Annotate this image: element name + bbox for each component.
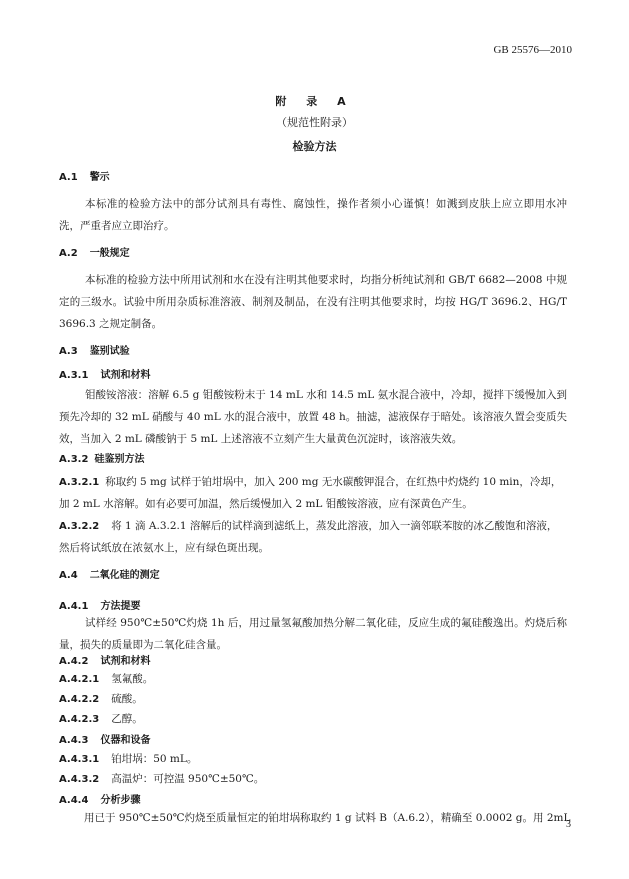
section-heading-a2: A.2一般规定 [59,244,130,259]
clause-text: 高温炉：可控温 950℃±50℃。 [111,773,264,785]
clause-text: 乙醇。 [111,713,143,725]
clause-a432: A.4.3.2高温炉：可控温 950℃±50℃。 [59,771,264,786]
clause-number: A.3.2.2 [59,521,99,532]
paragraph-a2: 本标准的检验方法中所用试剂和水在没有注明其他要求时，均指分析纯试剂和 GB/T … [59,269,567,335]
section-heading-a41: A.4.1方法提要 [59,597,140,612]
paragraph-a41: 试样经 950℃±50℃灼烧 1h 后，用过量氢氟酸加热分解二氧化硅，反应生成的… [59,612,567,656]
clause-a322-line2: 然后将试纸放在浓氨水上，应有绿色斑出现。 [59,540,269,555]
section-title: 二氧化硅的测定 [90,570,160,581]
section-heading-a1: A.1警示 [59,168,110,183]
section-number: A.2 [59,248,78,259]
section-number: A.1 [59,172,78,183]
clause-number: A.4.2.1 [59,674,99,685]
appendix-subtitle: （规范性附录） [0,114,629,130]
clause-a321-line1: A.3.2.1称取约 5 mg 试样于铂坩埚中，加入 200 mg 无水碳酸钾混… [59,474,561,489]
clause-number: A.4.2.2 [59,694,99,705]
page-number: 3 [566,819,571,830]
section-title: 试剂和材料 [100,656,150,667]
clause-a431: A.4.3.1铂坩埚：50 mL。 [59,751,197,766]
section-number: A.4.2 [59,656,88,667]
section-title: 仪器和设备 [100,735,150,746]
section-number: A.4.1 [59,601,88,612]
section-title: 试剂和材料 [100,370,150,381]
clause-text: 氢氟酸。 [111,673,153,685]
section-number: A.3.2 [59,454,88,465]
paragraph-a1: 本标准的检验方法中的部分试剂具有毒性、腐蚀性，操作者须小心谨慎！如溅到皮肤上应立… [59,193,567,237]
section-heading-a42: A.4.2试剂和材料 [59,652,150,667]
clause-text: 将 1 滴 A.3.2.1 溶解后的试样滴到滤纸上，蒸发此溶液，加入一滴邻联苯胺… [111,520,557,532]
paragraph-a31: 钼酸铵溶液：溶解 6.5 g 钼酸铵粉末于 14 mL 水和 14.5 mL 氨… [59,384,567,450]
clause-a322-line1: A.3.2.2将 1 滴 A.3.2.1 溶解后的试样滴到滤纸上，蒸发此溶液，加… [59,518,557,533]
clause-a423: A.4.2.3乙醇。 [59,711,143,726]
paragraph-a44: 用已于 950℃±50℃灼烧至质量恒定的铂坩埚称取约 1 g 试料 B（A.6.… [84,810,570,825]
section-heading-a44: A.4.4分析步骤 [59,791,140,806]
appendix-name: 检验方法 [0,138,629,154]
clause-number: A.3.2.1 [59,477,99,488]
section-number: A.4 [59,570,78,581]
section-title: 硅鉴别方法 [94,454,144,465]
clause-a321-line2: 加 2 mL 水溶解。如有必要可加温，然后缓慢加入 2 mL 钼酸铵溶液，应有深… [59,496,473,511]
standard-code: GB 25576—2010 [493,44,572,56]
section-title: 一般规定 [90,248,130,259]
clause-a422: A.4.2.2硫酸。 [59,691,143,706]
section-heading-a43: A.4.3仪器和设备 [59,731,150,746]
section-heading-a3: A.3鉴别试验 [59,342,130,357]
clause-number: A.4.3.1 [59,754,99,765]
section-title: 分析步骤 [100,795,140,806]
section-heading-a32: A.3.2硅鉴别方法 [59,450,144,465]
section-number: A.3 [59,346,78,357]
section-number: A.3.1 [59,370,88,381]
appendix-title: 附 录 A [0,93,629,109]
section-title: 警示 [90,172,110,183]
clause-text: 铂坩埚：50 mL。 [111,753,197,765]
clause-text: 硫酸。 [111,693,143,705]
section-number: A.4.3 [59,735,88,746]
section-heading-a31: A.3.1试剂和材料 [59,366,150,381]
clause-number: A.4.3.2 [59,774,99,785]
clause-number: A.4.2.3 [59,714,99,725]
clause-a421: A.4.2.1氢氟酸。 [59,671,153,686]
section-title: 方法提要 [100,601,140,612]
clause-text: 称取约 5 mg 试样于铂坩埚中，加入 200 mg 无水碳酸钾混合，在红热中灼… [105,476,561,488]
section-number: A.4.4 [59,795,88,806]
section-title: 鉴别试验 [90,346,130,357]
section-heading-a4: A.4二氧化硅的测定 [59,566,160,581]
